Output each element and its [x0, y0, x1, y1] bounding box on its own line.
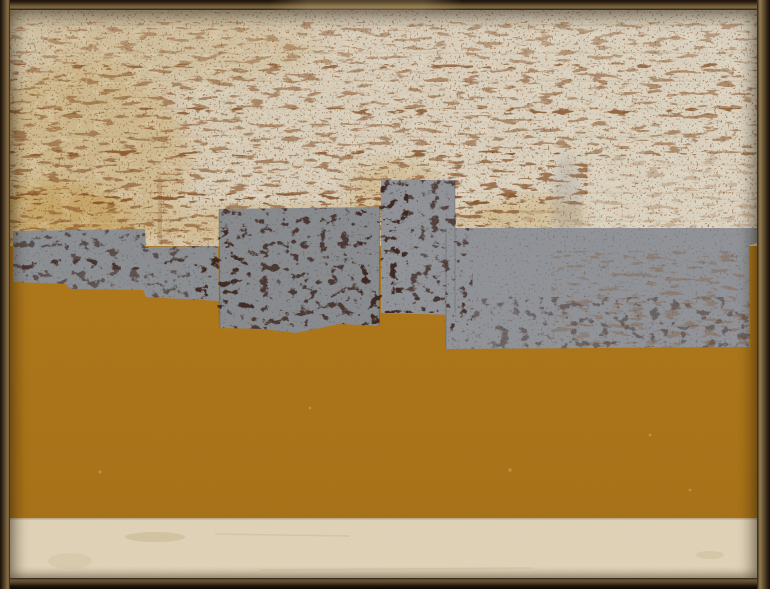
photo-grain: [10, 10, 757, 578]
frame-left-rail: [0, 0, 10, 589]
painting: [10, 10, 757, 578]
frame-right-rail: [757, 0, 770, 589]
painting-canvas: [10, 10, 757, 578]
framed-artwork-photo: [0, 0, 770, 589]
frame-bottom-rail: [0, 578, 770, 589]
frame-top-rail: [0, 0, 770, 10]
